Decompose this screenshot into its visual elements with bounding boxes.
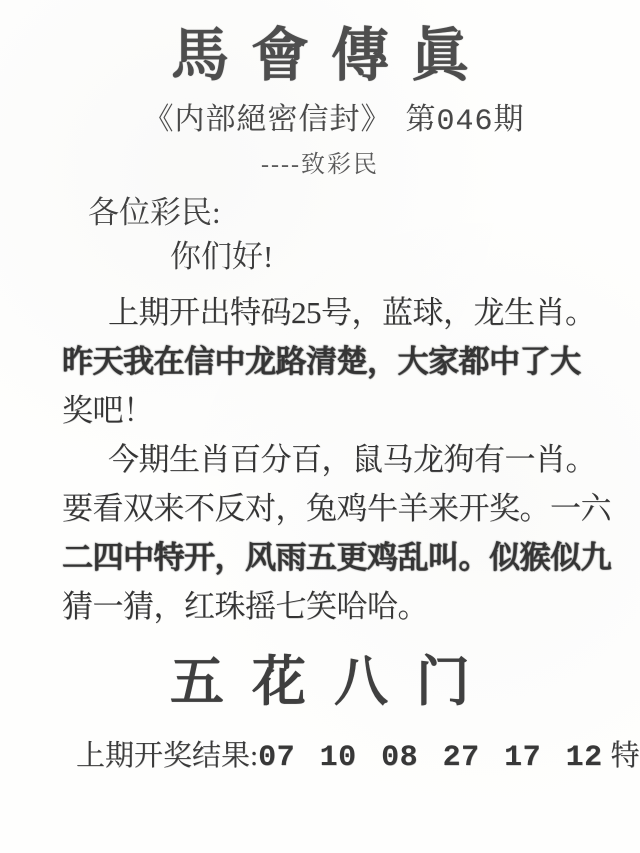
body-line: 上期开出特码25号，蓝球，龙生肖。	[62, 288, 612, 337]
previous-draw-results: 上期开奖结果:07 10 08 27 17 12特25	[76, 736, 640, 778]
salutation: 各位彩民:	[88, 194, 221, 232]
body-line: 今期生肖百分百，鼠马龙狗有一肖。	[62, 435, 612, 484]
body-line: 猜一猜，红珠摇七笑哈哈。	[62, 582, 612, 631]
body-line: 要看双来不反对，兔鸡牛羊来开奖。一六	[62, 484, 612, 533]
body-line: 二四中特开，风雨五更鸡乱叫。似猴似九	[62, 533, 612, 582]
issue-number: 第046期	[405, 105, 524, 139]
letter-body: 上期开出特码25号，蓝球，龙生肖。 昨天我在信中龙路清楚，大家都中了大 奖吧！ …	[62, 288, 612, 631]
subtitle: 《内部絕密信封》第046期	[14, 101, 640, 141]
body-line: 昨天我在信中龙路清楚，大家都中了大	[62, 337, 612, 386]
greeting: 你们好!	[170, 238, 273, 276]
dedication-line: ----致彩民	[0, 150, 640, 180]
results-label: 上期开奖结果:	[76, 740, 258, 772]
section-title: 五花八门	[0, 648, 640, 716]
fax-document-page: 馬會傳眞 《内部絕密信封》第046期 ----致彩民 各位彩民: 你们好! 上期…	[0, 0, 640, 853]
page-title: 馬會傳眞	[0, 20, 640, 92]
results-numbers: 07 10 08 27 17 12	[258, 741, 603, 775]
body-line: 奖吧！	[62, 386, 612, 435]
special-number-label: 特	[611, 740, 640, 772]
subtitle-envelope-label: 《内部絕密信封》	[143, 103, 391, 136]
